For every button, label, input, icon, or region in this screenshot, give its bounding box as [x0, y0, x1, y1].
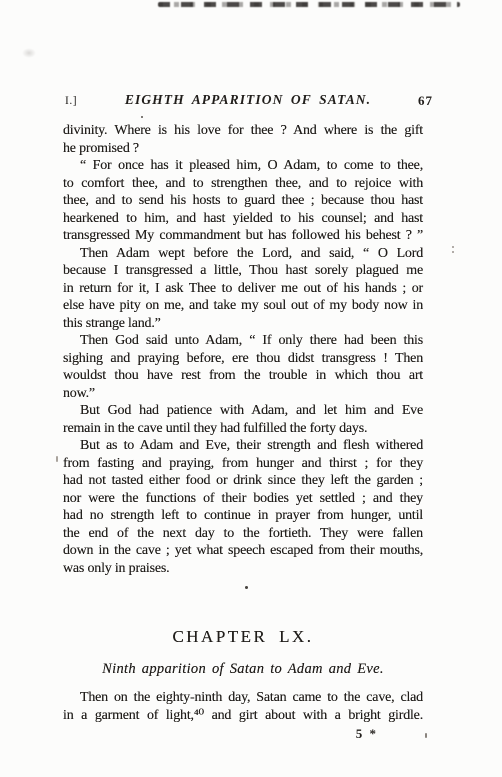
text-line: thee, and to send his hosts to guard the… — [63, 192, 423, 210]
text-line: remain in the cave until they had fulfil… — [63, 420, 423, 438]
text-line: now.” — [63, 385, 423, 403]
text-line: had not tasted either food or drink sinc… — [63, 472, 423, 490]
running-title: EIGHTH APPARITION OF SATAN. — [63, 92, 433, 108]
scan-speck — [245, 586, 248, 589]
text-line: But as to Adam and Eve, their strength a… — [63, 437, 423, 455]
closing-paragraph: Then on the eighty-ninth day, Satan came… — [63, 689, 423, 724]
text-line: sighing and praying before, ere thou did… — [63, 350, 423, 368]
text-line: transgressed My commandment but has foll… — [63, 227, 423, 245]
text-line: nor were the functions of their bodies y… — [63, 490, 423, 508]
signature-mark: 5 * — [63, 726, 423, 742]
body-text: divinity. Where is his love for thee ? A… — [63, 122, 423, 577]
book-page: I.] EIGHTH APPARITION OF SATAN. 67 divin… — [0, 0, 502, 777]
text-line: had no strength left to continue in pray… — [63, 507, 423, 525]
text-line: was only in praises. — [63, 560, 423, 578]
chapter-heading: CHAPTER LX. — [63, 627, 423, 647]
text-line: Then God said unto Adam, “ If only there… — [63, 332, 423, 350]
scan-artifact-dashes — [158, 2, 460, 7]
text-line: hearkened to him, and hast yielded to hi… — [63, 210, 423, 228]
text-line: from fasting and praying, from hunger an… — [63, 455, 423, 473]
paragraph: Then God said unto Adam, “ If only there… — [63, 332, 423, 402]
paragraph: But as to Adam and Eve, their strength a… — [63, 437, 423, 577]
paragraph: divinity. Where is his love for thee ? A… — [63, 122, 423, 157]
text-line: he promised ? — [63, 140, 423, 158]
paragraph: But God had patience with Adam, and let … — [63, 402, 423, 437]
scan-speck — [141, 116, 143, 118]
text-line: down in the cave ; yet what speech escap… — [63, 542, 423, 560]
text-line: wouldst thou have rest from the trouble … — [63, 367, 423, 385]
text-line: this strange land.” — [63, 315, 423, 333]
scan-speck — [56, 456, 58, 462]
scan-speck — [425, 733, 427, 738]
text-line: Then Adam wept before the Lord, and said… — [63, 245, 423, 263]
text-line: in return for it, I ask Thee to deliver … — [63, 280, 423, 298]
scan-speck — [452, 246, 454, 248]
text-line: because I transgressed a little, Thou ha… — [63, 262, 423, 280]
text-line: Then on the eighty-ninth day, Satan came… — [63, 689, 423, 707]
paragraph: Then Adam wept before the Lord, and said… — [63, 245, 423, 333]
paragraph: “ For once has it pleased him, O Adam, t… — [63, 157, 423, 245]
text-line: in a garment of light,⁴⁰ and girt about … — [63, 707, 423, 725]
chapter-subtitle: Ninth apparition of Satan to Adam and Ev… — [63, 661, 423, 678]
scan-smudge — [22, 48, 36, 58]
text-line: else have pity on me, and take my soul o… — [63, 297, 423, 315]
page-number: 67 — [418, 93, 433, 109]
text-line: the end of the next day to the fortieth.… — [63, 525, 423, 543]
text-line: to comfort thee, and to strengthen thee,… — [63, 175, 423, 193]
text-line: But God had patience with Adam, and let … — [63, 402, 423, 420]
running-header: I.] EIGHTH APPARITION OF SATAN. 67 — [63, 92, 433, 110]
text-line: “ For once has it pleased him, O Adam, t… — [63, 157, 423, 175]
text-line: divinity. Where is his love for thee ? A… — [63, 122, 423, 140]
